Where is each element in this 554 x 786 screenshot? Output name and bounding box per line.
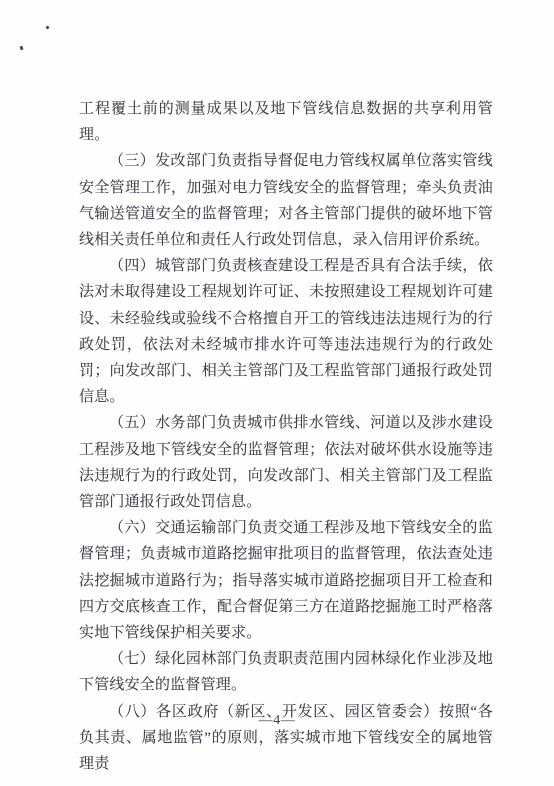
paragraph-continuation: 工程覆土前的测量成果以及地下管线信息数据的共享利用管理。 xyxy=(79,96,493,148)
ink-speck xyxy=(45,25,49,29)
page-number: —4— xyxy=(0,713,554,729)
paragraph-item-5: （五）水务部门负责城市供排水管线、河道以及涉水建设工程涉及地下管线安全的监督管理… xyxy=(79,410,493,515)
paragraph-item-4: （四）城管部门负责核查建设工程是否具有合法手续，依法对未取得建设工程规划许可证、… xyxy=(79,253,493,410)
paragraph-item-7: （七）绿化园林部门负责职责范围内园林绿化作业涉及地下管线安全的监督管理。 xyxy=(79,646,493,698)
ink-speck xyxy=(19,46,23,51)
paragraph-item-8: （八）各区政府（新区、开发区、园区管委会）按照“各负其责、属地监管”的原则，落实… xyxy=(79,699,493,778)
paragraph-item-6: （六）交通运输部门负责交通工程涉及地下管线安全的监督管理；负责城市道路挖掘审批项… xyxy=(79,515,493,646)
document-body: 工程覆土前的测量成果以及地下管线信息数据的共享利用管理。 （三）发改部门负责指导… xyxy=(79,96,493,777)
paragraph-item-3: （三）发改部门负责指导督促电力管线权属单位落实管线安全管理工作，加强对电力管线安… xyxy=(79,148,493,253)
scanned-document-page: 工程覆土前的测量成果以及地下管线信息数据的共享利用管理。 （三）发改部门负责指导… xyxy=(0,0,554,786)
